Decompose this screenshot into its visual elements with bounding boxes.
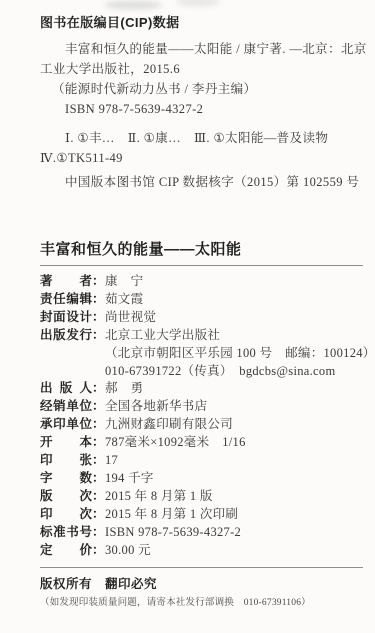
field-value: 尚世视觉 [105,310,156,324]
field-value: 30.00 元 [105,543,151,557]
field-value: 北京工业大学出版社 [105,328,220,342]
colophon-row-publisher: 出版发行：北京工业大学出版社 [40,327,363,345]
colophon-row-edition: 版次：2015 年 8 月第 1 版 [40,488,363,506]
field-colon: ： [92,434,105,452]
colophon-row-author: 著者：康 宁 [40,273,363,291]
cip-classification-line: Ⅰ. ①丰… Ⅱ. ①康… Ⅲ. ①太阳能—普及读物 [40,128,363,148]
field-colon: ： [92,380,105,398]
field-colon: ： [92,452,105,470]
field-value: 2015 年 8 月第 1 版 [105,489,213,503]
colophon-row-impression: 印次：2015 年 8 月第 1 次印刷 [40,506,363,524]
scan-smudge [104,1,162,9]
cip-class-number-line: Ⅳ.①TK511-49 [40,148,363,168]
field-label: 承印单位 [40,416,92,434]
cip-isbn-line: ISBN 978-7-5639-4327-2 [40,99,363,119]
field-value: 010-67391722（传真） bgdcbs@sina.com [105,364,335,378]
colophon-row-printer: 承印单位：九洲财鑫印刷有限公司 [40,416,363,434]
field-value: 787毫米×1092毫米 1/16 [105,435,246,449]
field-value: ISBN 978-7-5639-4327-2 [105,525,241,539]
field-value: 康 宁 [105,274,143,288]
title-divider [40,265,363,266]
colophon-row-editor: 责任编辑：茹文霞 [40,291,363,309]
field-colon: ： [92,470,105,488]
field-colon: ： [92,327,105,345]
field-colon: ： [92,488,105,506]
field-value: 2015 年 8 月第 1 次印刷 [105,507,238,521]
title-row: 丰富和恒久的能量——太阳能 [40,239,363,260]
field-value: 郝 勇 [105,381,143,395]
footer-divider [40,567,363,568]
field-value: 194 千字 [105,471,154,485]
field-value: 17 [105,453,118,467]
field-colon: ： [92,291,105,309]
colophon: 著者：康 宁 责任编辑：茹文霞 封面设计：尚世视觉 出版发行：北京工业大学出版社… [40,273,363,560]
cip-title-line: 丰富和恒久的能量——太阳能 / 康宁著. —北京：北京 [40,39,363,59]
colophon-row-sheets: 印张：17 [40,452,363,470]
field-label: 封面设计 [40,309,92,327]
colophon-row-word-count: 字数：194 千字 [40,470,363,488]
field-value: （北京市朝阳区平乐园 100 号 邮编：100124） [105,346,375,360]
colophon-row-publisher-person: 出版人：郝 勇 [40,380,363,398]
field-label: 印张 [40,452,92,470]
field-value: 全国各地新华书店 [105,399,207,413]
cip-series-line: （能源时代新动力丛书 / 李丹主编） [40,79,363,99]
cip-record-number-line: 中国版本图书馆 CIP 数据核字（2015）第 102559 号 [40,172,363,192]
copyright-notice: 版权所有 翻印必究 [40,576,363,592]
colophon-row-price: 定价：30.00 元 [40,542,363,560]
field-value: 九洲财鑫印刷有限公司 [105,417,233,431]
field-colon: ： [92,506,105,524]
colophon-row-format: 开本：787毫米×1092毫米 1/16 [40,434,363,452]
field-label: 标准书号 [40,524,92,542]
cip-header: 图书在版编目(CIP)数据 [40,14,363,32]
field-colon: ： [92,524,105,542]
field-colon: ： [92,542,105,560]
field-label: 责任编辑 [40,291,92,309]
field-label: 开本 [40,434,92,452]
field-colon: ： [92,309,105,327]
field-label: 经销单位 [40,398,92,416]
field-label: 版次 [40,488,92,506]
field-label: 出版人 [40,380,92,398]
field-colon: ： [92,416,105,434]
book-title: 丰富和恒久的能量——太阳能 [40,239,363,260]
cip-publisher-line: 工业大学出版社，2015.6 [40,59,363,79]
field-label: 出版发行 [40,327,92,345]
colophon-row-distributor: 经销单位：全国各地新华书店 [40,398,363,416]
colophon-row-isbn: 标准书号：ISBN 978-7-5639-4327-2 [40,524,363,542]
field-label: 定价 [40,542,92,560]
field-label: 印次 [40,506,92,524]
cip-block: 图书在版编目(CIP)数据 丰富和恒久的能量——太阳能 / 康宁著. —北京：北… [40,0,363,192]
field-value: 茹文霞 [105,292,143,306]
copyright-page: 图书在版编目(CIP)数据 丰富和恒久的能量——太阳能 / 康宁著. —北京：北… [0,0,375,633]
field-label: 著者 [40,273,92,291]
field-colon: ： [92,273,105,291]
quality-note: （如发现印装质量问题，请寄本社发行部调换 010-67391106） [40,597,363,610]
colophon-row-address: （北京市朝阳区平乐园 100 号 邮编：100124） [40,345,363,363]
field-label: 字数 [40,470,92,488]
colophon-row-phone-email: 010-67391722（传真） bgdcbs@sina.com [40,363,363,381]
colophon-row-cover-design: 封面设计：尚世视觉 [40,309,363,327]
field-colon: ： [92,398,105,416]
